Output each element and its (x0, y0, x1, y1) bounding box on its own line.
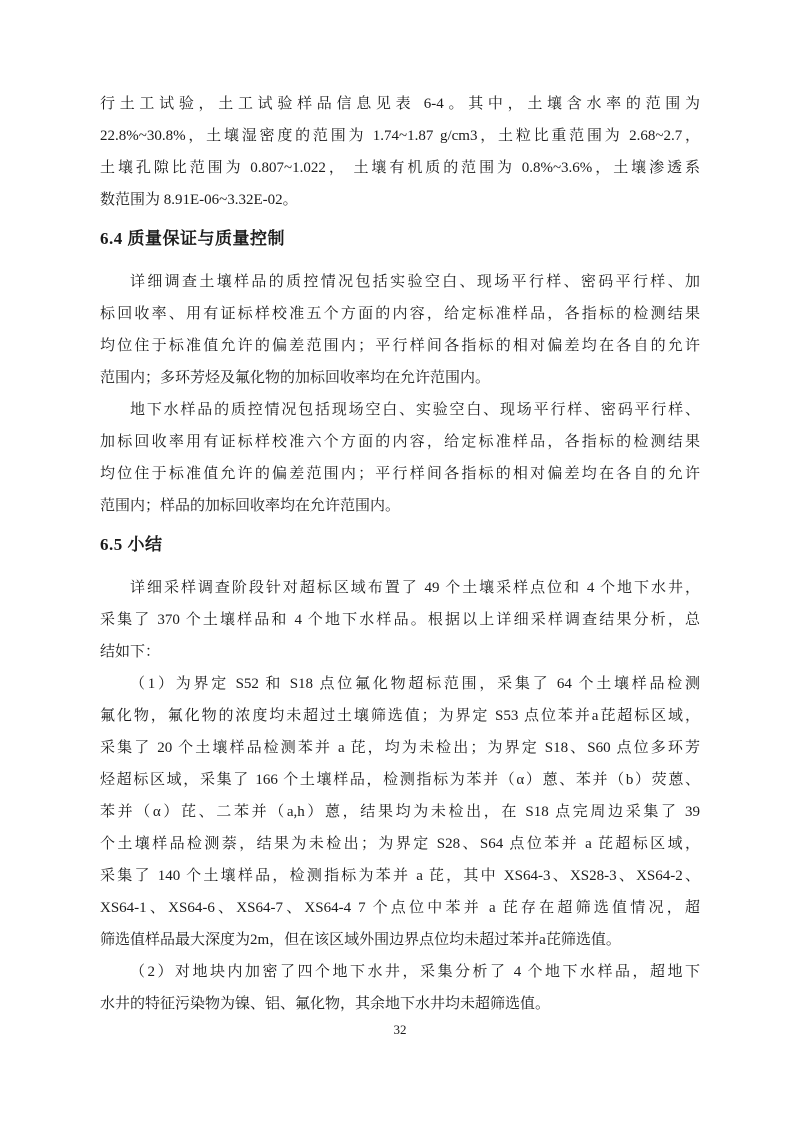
text-line: 苯并（α）芘、二苯并（a,h）蒽，结果均为未检出，在 S18 点完周边采集了 3… (100, 796, 700, 828)
text-line: 22.8%~30.8%，土壤湿密度的范围为 1.74~1.87 g/cm3，土粒… (100, 120, 700, 152)
text-line: 筛选值样品最大深度为2m，但在该区域外围边界点位均未超过苯并a芘筛选值。 (100, 924, 700, 956)
page-number: 32 (394, 1022, 407, 1037)
page-footer: 32 (0, 1022, 800, 1038)
text-line: 采集了 20 个土壤样品检测苯并 a 芘，均为未检出；为界定 S18、S60 点… (100, 732, 700, 764)
document-page: 行土工试验，土工试验样品信息见表 6-4。其中，土壤含水率的范围为22.8%~3… (0, 0, 800, 1131)
text-line: 土壤孔隙比范围为 0.807~1.022， 土壤有机质的范围为 0.8%~3.6… (100, 152, 700, 184)
text-line: 个土壤样品检测萘，结果为未检出；为界定 S28、S64 点位苯并 a 芘超标区域… (100, 828, 700, 860)
page-body: 行土工试验，土工试验样品信息见表 6-4。其中，土壤含水率的范围为22.8%~3… (0, 0, 800, 1020)
text-line: 结如下： (100, 636, 700, 668)
section-heading-6-4: 6.4 质量保证与质量控制 (100, 226, 700, 252)
text-line: 烃超标区域，采集了 166 个土壤样品，检测指标为苯并（α）蒽、苯并（b）荧蒽、 (100, 764, 700, 796)
text-line: 均位住于标准值允许的偏差范围内；平行样间各指标的相对偏差均在各自的允许 (100, 458, 700, 490)
text-line: （2）对地块内加密了四个地下水井，采集分析了 4 个地下水样品，超地下 (100, 956, 700, 988)
paragraph-summary-item-1: （1）为界定 S52 和 S18 点位氟化物超标范围，采集了 64 个土壤样品检… (100, 668, 700, 956)
text-line: 范围内；多环芳烃及氟化物的加标回收率均在允许范围内。 (100, 362, 700, 394)
text-line: 地下水样品的质控情况包括现场空白、实验空白、现场平行样、密码平行样、 (100, 394, 700, 426)
text-line: 水井的特征污染物为镍、铝、氟化物，其余地下水井均未超筛选值。 (100, 988, 700, 1020)
text-line: 数范围为 8.91E-06~3.32E-02。 (100, 184, 700, 216)
paragraph-geotech-test-results: 行土工试验，土工试验样品信息见表 6-4。其中，土壤含水率的范围为22.8%~3… (100, 88, 700, 216)
text-line: 详细采样调查阶段针对超标区域布置了 49 个土壤采样点位和 4 个地下水井， (100, 572, 700, 604)
text-line: 氟化物，氟化物的浓度均未超过土壤筛选值；为界定 S53 点位苯并a芘超标区域， (100, 700, 700, 732)
text-line: XS64-1、XS64-6、XS64-7、XS64-4 7 个点位中苯并 a 芘… (100, 892, 700, 924)
paragraph-groundwater-qc: 地下水样品的质控情况包括现场空白、实验空白、现场平行样、密码平行样、加标回收率用… (100, 394, 700, 522)
text-line: 范围内；样品的加标回收率均在允许范围内。 (100, 490, 700, 522)
text-line: （1）为界定 S52 和 S18 点位氟化物超标范围，采集了 64 个土壤样品检… (100, 668, 700, 700)
text-line: 加标回收率用有证标样校准六个方面的内容，给定标准样品，各指标的检测结果 (100, 426, 700, 458)
text-line: 行土工试验，土工试验样品信息见表 6-4。其中，土壤含水率的范围为 (100, 88, 700, 120)
section-heading-6-5: 6.5 小结 (100, 532, 700, 558)
text-line: 采集了 370 个土壤样品和 4 个地下水样品。根据以上详细采样调查结果分析，总 (100, 604, 700, 636)
paragraph-soil-qc: 详细调查土壤样品的质控情况包括实验空白、现场平行样、密码平行样、加标回收率、用有… (100, 266, 700, 394)
text-line: 采集了 140 个土壤样品，检测指标为苯并 a 芘，其中 XS64-3、XS28… (100, 860, 700, 892)
paragraph-summary-intro: 详细采样调查阶段针对超标区域布置了 49 个土壤采样点位和 4 个地下水井，采集… (100, 572, 700, 668)
paragraph-summary-item-2: （2）对地块内加密了四个地下水井，采集分析了 4 个地下水样品，超地下水井的特征… (100, 956, 700, 1020)
text-line: 详细调查土壤样品的质控情况包括实验空白、现场平行样、密码平行样、加 (100, 266, 700, 298)
text-line: 标回收率、用有证标样校准五个方面的内容，给定标准样品，各指标的检测结果 (100, 298, 700, 330)
text-line: 均位住于标准值允许的偏差范围内；平行样间各指标的相对偏差均在各自的允许 (100, 330, 700, 362)
